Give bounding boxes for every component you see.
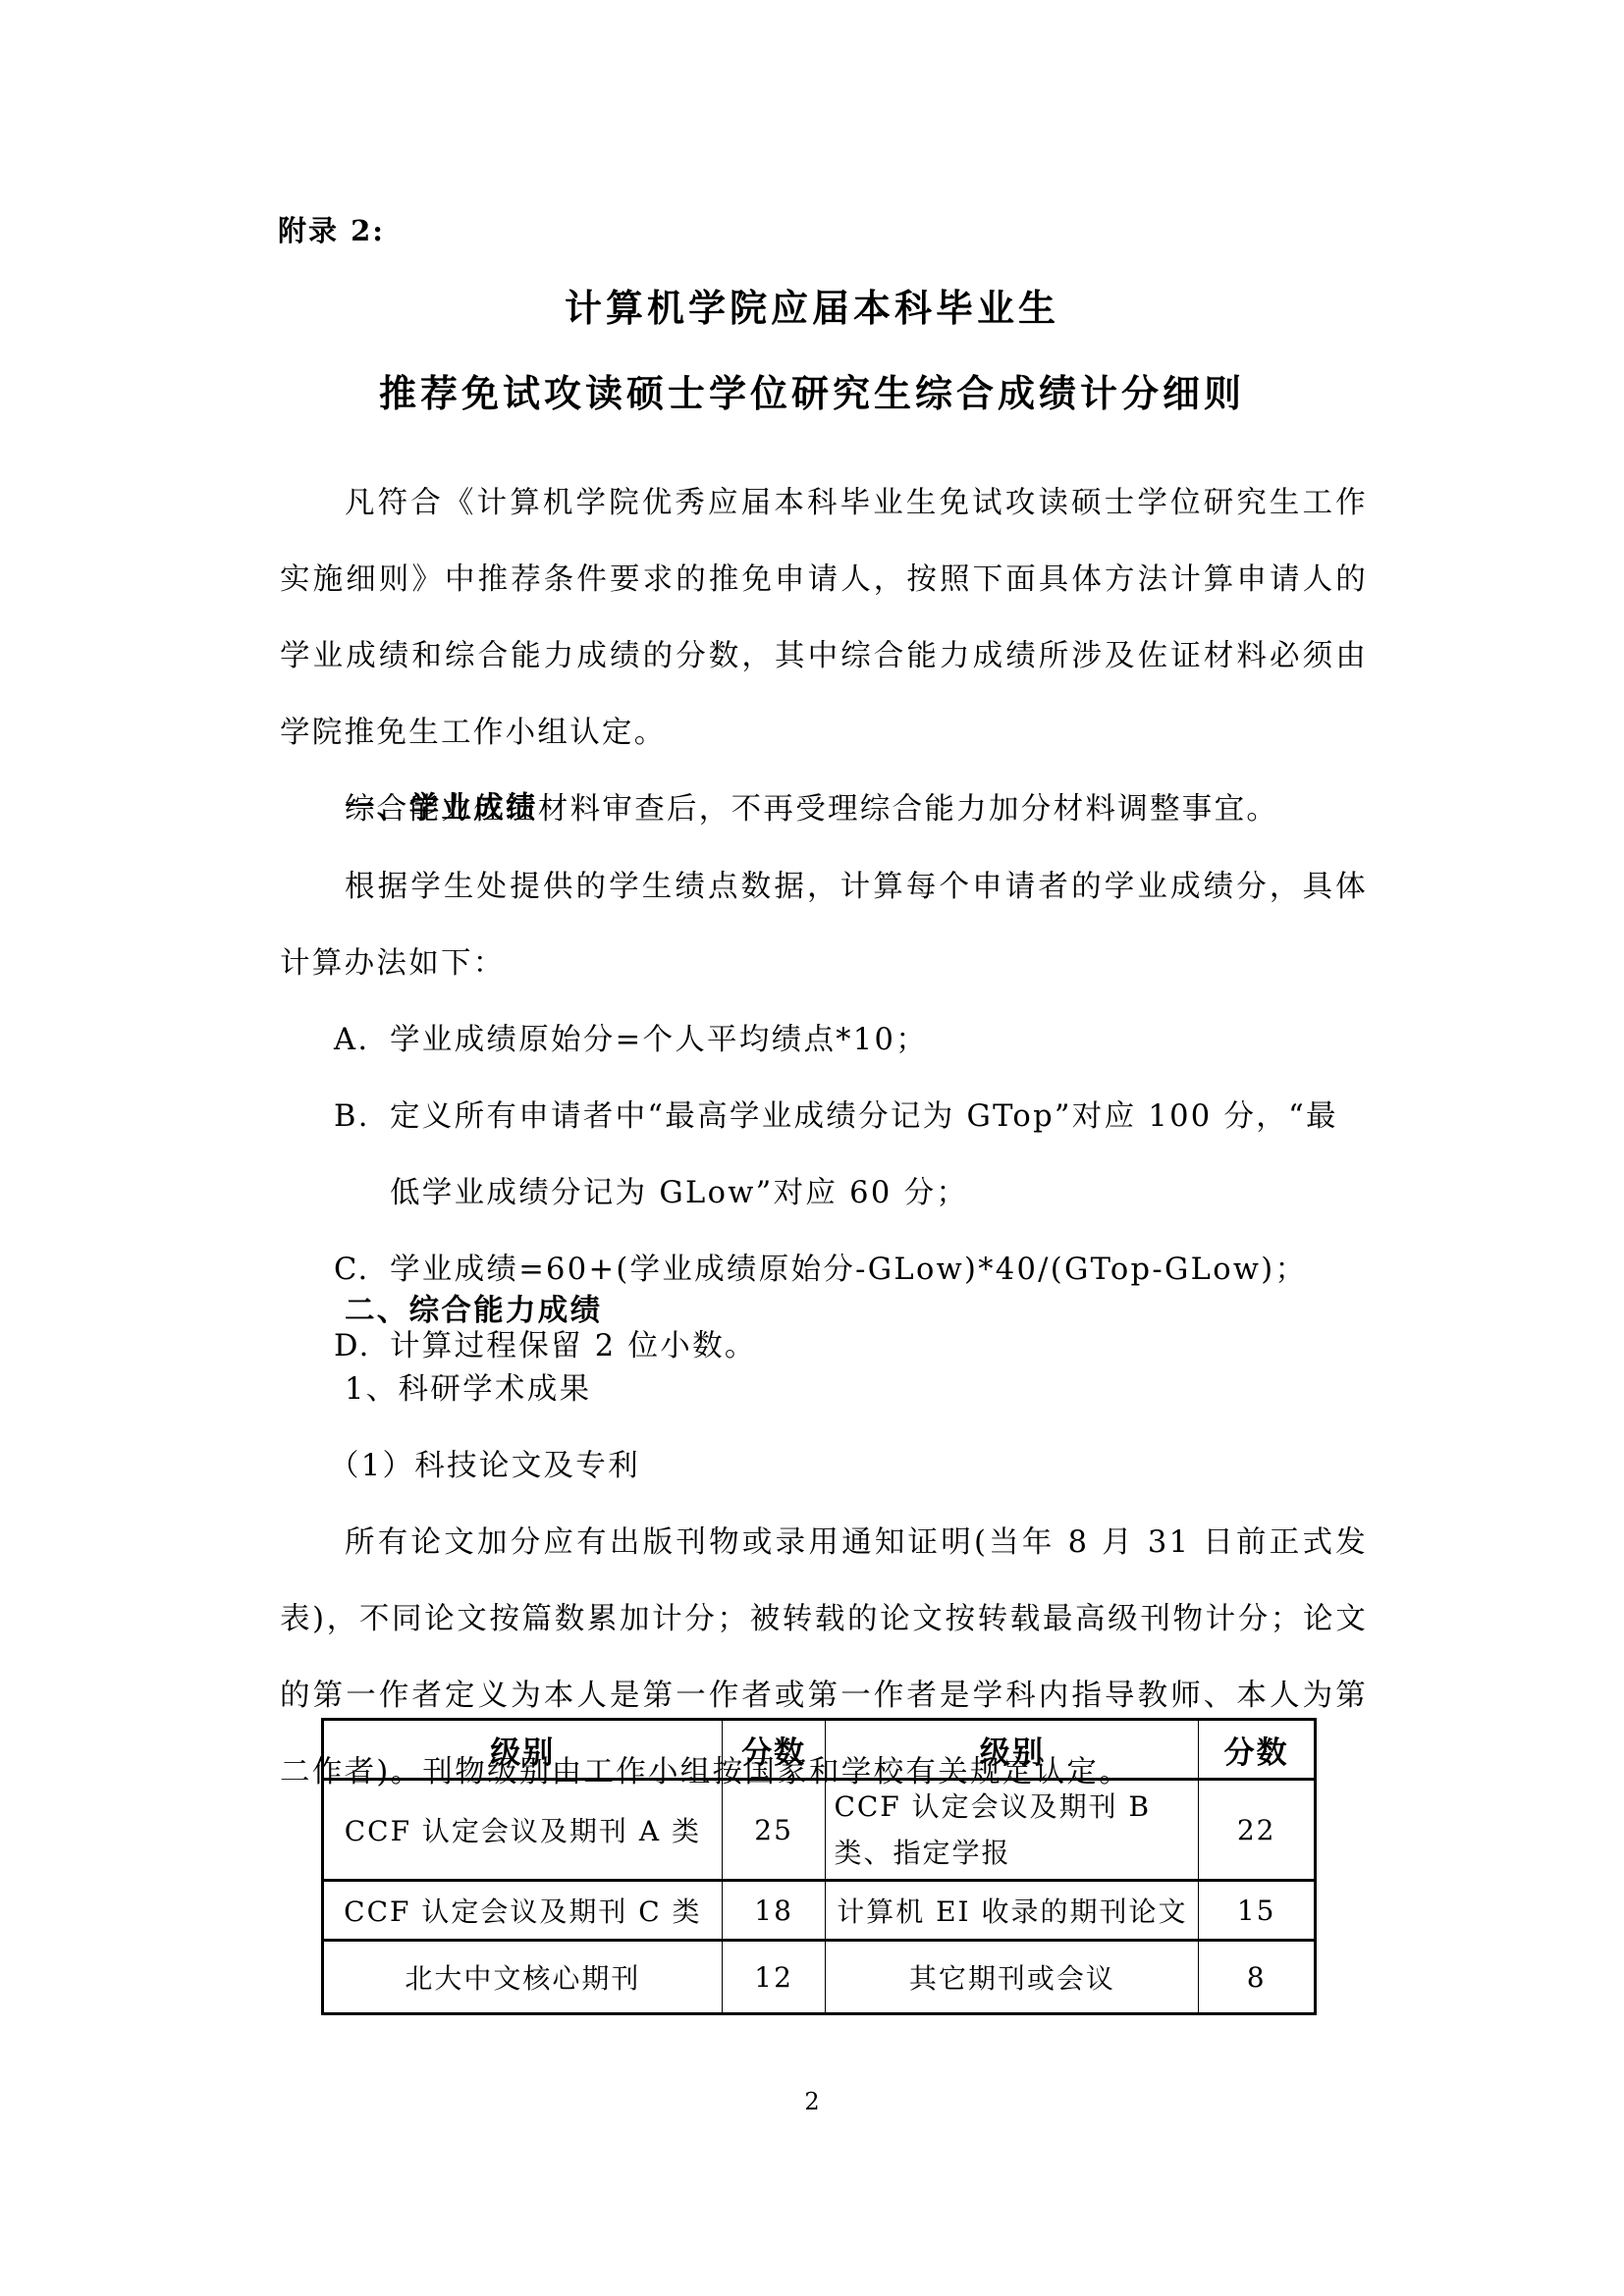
table-header-row: 级别 分数 级别 分数 xyxy=(323,1720,1316,1780)
list-item-a: A. 学业成绩原始分=个人平均绩点*10； xyxy=(280,1002,1368,1079)
table-cell-score: 15 xyxy=(1199,1881,1316,1941)
appendix-label: 附录 2: xyxy=(278,209,385,249)
table-cell-score: 12 xyxy=(722,1941,826,2014)
intro-paragraph-1: 凡符合《计算机学院优秀应届本科毕业生免试攻读硕士学位研究生工作实施细则》中推荐条… xyxy=(280,465,1368,772)
journal-score-table: 级别 分数 级别 分数 CCF 认定会议及期刊 A 类 25 CCF 认定会议及… xyxy=(321,1718,1317,2015)
table-row: CCF 认定会议及期刊 A 类 25 CCF 认定会议及期刊 B 类、指定学报 … xyxy=(323,1780,1316,1881)
table-cell-level: 北大中文核心期刊 xyxy=(323,1941,723,2014)
section-1-heading: 一、学业成绩 xyxy=(280,770,1368,846)
table-header-score: 分数 xyxy=(1199,1720,1316,1780)
table-cell-level: 计算机 EI 收录的期刊论文 xyxy=(826,1881,1199,1941)
subsection-1-heading: 1、科研学术成果 xyxy=(280,1352,1368,1428)
table-cell-score: 18 xyxy=(722,1881,826,1941)
document-page: 附录 2: 计算机学院应届本科毕业生 推荐免试攻读硕士学位研究生综合成绩计分细则… xyxy=(0,0,1624,2296)
page-number: 2 xyxy=(0,2088,1624,2115)
table-cell-level: CCF 认定会议及期刊 A 类 xyxy=(323,1780,723,1881)
list-text: 定义所有申请者中“最高学业成绩分记为 GTop”对应 100 分，“最低学业成绩… xyxy=(390,1099,1338,1210)
table-cell-level: 其它期刊或会议 xyxy=(826,1941,1199,2014)
title-line-1: 计算机学院应届本科毕业生 xyxy=(0,278,1624,332)
table-header-level: 级别 xyxy=(826,1720,1199,1780)
table-cell-score: 8 xyxy=(1199,1941,1316,2014)
table-cell-score: 22 xyxy=(1199,1780,1316,1881)
table-header-level: 级别 xyxy=(323,1720,723,1780)
table-header-score: 分数 xyxy=(722,1720,826,1780)
list-letter: A. xyxy=(334,1002,369,1079)
list-letter: B. xyxy=(334,1079,370,1155)
table-cell-score: 25 xyxy=(722,1780,826,1881)
section-1-paragraph: 根据学生处提供的学生绩点数据，计算每个申请者的学业成绩分，具体计算办法如下： xyxy=(280,849,1368,1002)
section-2-heading: 二、综合能力成绩 xyxy=(280,1272,1368,1349)
list-text: 学业成绩原始分=个人平均绩点*10； xyxy=(390,1023,928,1057)
list-item-b: B. 定义所有申请者中“最高学业成绩分记为 GTop”对应 100 分，“最低学… xyxy=(280,1079,1368,1232)
table-row: CCF 认定会议及期刊 C 类 18 计算机 EI 收录的期刊论文 15 xyxy=(323,1881,1316,1941)
title-line-2: 推荐免试攻读硕士学位研究生综合成绩计分细则 xyxy=(0,363,1624,417)
subsection-1-1-heading: （1）科技论文及专利 xyxy=(280,1428,1368,1505)
table-row: 北大中文核心期刊 12 其它期刊或会议 8 xyxy=(323,1941,1316,2014)
table-cell-level: CCF 认定会议及期刊 C 类 xyxy=(323,1881,723,1941)
table-cell-level: CCF 认定会议及期刊 B 类、指定学报 xyxy=(826,1780,1199,1881)
